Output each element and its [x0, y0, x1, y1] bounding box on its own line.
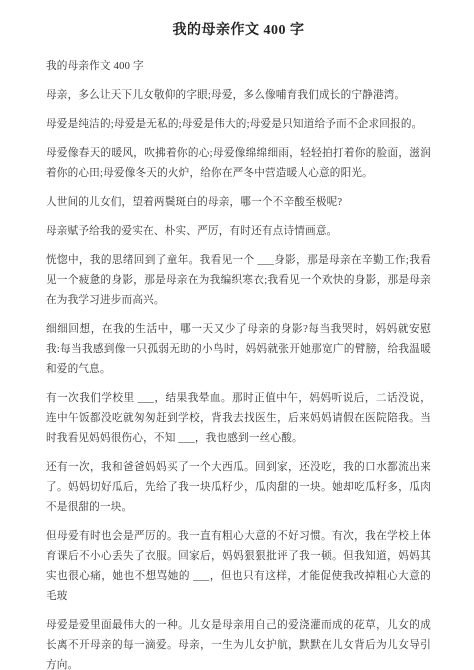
essay-paragraph: 有一次我们学校里 ___，结果我晕血。那时正值中午，妈妈听说后，二话没说，连中午…: [46, 389, 431, 449]
essay-paragraph: 母亲，多么让天下儿女敬仰的字眼;母爱，多么像哺育我们成长的宁静港湾。: [46, 86, 431, 106]
essay-paragraph: 恍惚中，我的思绪回到了童年。我看见一个 ___身影，那是母亲在辛勤工作;我看见一…: [46, 251, 431, 311]
essay-paragraph: 细细回想，在我的生活中，哪一天又少了母亲的身影?每当我哭时，妈妈就安慰我:每当我…: [46, 320, 431, 380]
document-page: 我的母亲作文 400 字 我的母亲作文 400 字 母亲，多么让天下儿女敬仰的字…: [0, 0, 474, 670]
essay-paragraph: 母爱像春天的暖风，吹拂着你的心;母爱像绵绵细雨，轻轻拍打着你的脸面，滋润着你的心…: [46, 144, 431, 184]
essay-subtitle-line: 我的母亲作文 400 字: [46, 57, 431, 77]
document-body: 我的母亲作文 400 字 母亲，多么让天下儿女敬仰的字眼;母爱，多么像哺育我们成…: [46, 57, 431, 670]
essay-paragraph: 母爱是纯洁的;母爱是无私的;母爱是伟大的;母爱是只知道给予而不企求回报的。: [46, 115, 431, 135]
essay-paragraph: 母亲赋予给我的爱实在、朴实、严厉，有时还有点诗情画意。: [46, 222, 431, 242]
essay-paragraph: 母爱是爱里面最伟大的一种。儿女是母亲用自己的爱浇灌而成的花草，儿女的成长离不开母…: [46, 616, 431, 670]
document-title: 我的母亲作文 400 字: [46, 21, 431, 41]
essay-paragraph: 但母爱有时也会是严厉的。我一直有粗心大意的不好习惯。有次，我在学校上体育课后不小…: [46, 527, 431, 607]
essay-paragraph: 人世间的儿女们，望着两鬓斑白的母亲，哪一个不辛酸至极呢?: [46, 193, 431, 213]
essay-paragraph: 还有一次，我和爸爸妈妈买了一个大西瓜。回到家，还没吃，我的口水都流出来了。妈妈切…: [46, 458, 431, 518]
